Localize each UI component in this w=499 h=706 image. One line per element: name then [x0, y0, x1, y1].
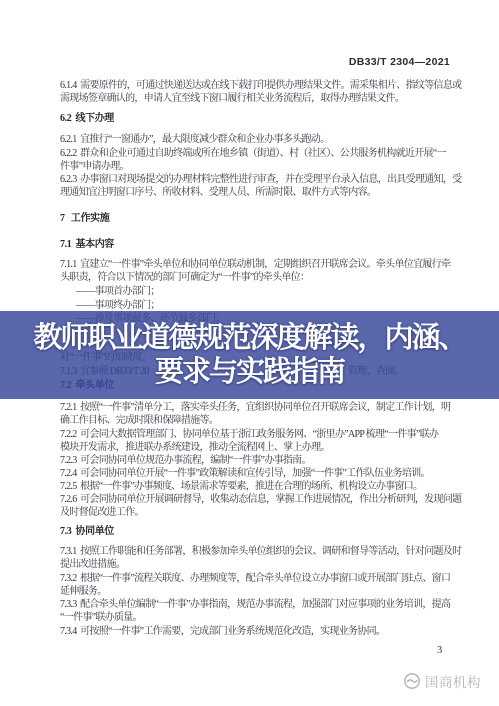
doc-line: 7.1 基本内容 — [60, 239, 114, 251]
watermark: 国商机构 — [403, 671, 481, 691]
doc-line: 确工作目标、完成时限和保障措施等。 — [60, 415, 218, 427]
doc-line: 7.2.3 可会同协同单位规范办事流程，编制“一件事”办事指南。 — [60, 455, 311, 467]
doc-line: 7.2.6 可会同协同单位开展调研督导，收集动态信息，掌握工作进展情况，作出分析… — [60, 494, 461, 506]
watermark-logo-icon — [403, 672, 421, 690]
doc-line: “一件事”联办质量。 — [60, 612, 142, 624]
standard-doc-code: DB33/T 2304—2021 — [349, 56, 450, 68]
doc-line: 7.3.4 可按照“一件事”工作需要，完成部门业务系统规范化改造，实现业务协同。 — [60, 626, 385, 638]
doc-line: 6.2 线下办理 — [60, 113, 114, 125]
watermark-text: 国商机构 — [425, 671, 481, 691]
doc-line: 7.2.1 按照“一件事”清单分工，落实牵头任务，宜组织协同单位召开联席会议，制… — [60, 402, 450, 414]
doc-line: 6.2.2 群众和企业可通过自助终端或所在地乡镇（街道）、村（社区）、公共服务机… — [60, 148, 446, 160]
doc-line: ——事项首办部门； — [76, 286, 160, 298]
article-cover-page: DB33/T 2304—2021 6.1.4 需要原件的，可通过快递送达或在线下… — [0, 0, 499, 706]
page-number: 3 — [437, 645, 442, 656]
doc-line: 提出改进措施。 — [60, 559, 125, 571]
doc-line: 6.2.1 宜推行“一窗通办”，最大限度减少群众和企业办事多头跑动。 — [60, 134, 329, 146]
doc-line: 7.3.1 按照工作职能和任务部署，积极参加牵头单位组织的会议、调研和督导等活动… — [60, 546, 461, 558]
doc-line: 7.2.5 根据“一件事”办事频度、场景需求等要素，推进在合理的场所、机构设立办… — [60, 481, 422, 493]
doc-line: 模块开发需求，推进联办系统建设，推动全流程网上、掌上办理。 — [60, 442, 330, 454]
doc-line: 及时督促改进工作。 — [60, 507, 144, 519]
doc-line: 6.1.4 需要原件的，可通过快递送达或在线下载打印提供办理结果文件。需采集相片… — [60, 80, 461, 92]
doc-line: 7.2.2 可会同大数据管理部门、协同单位基于浙江政务服务网、“浙里办”APP … — [60, 429, 438, 441]
doc-line: 头职责，符合以下情况的部门可确定为“一件事”的牵头单位： — [60, 272, 309, 284]
doc-line: 件事”申请办理。 — [60, 161, 129, 173]
page-title: 教师职业道德规范深度解读，内涵、 要求与实践指南 — [0, 322, 499, 389]
doc-line: 7.3.3 配合牵头单位编制“一件事”办事指南，规范办事流程，加强部门对应事项的… — [60, 599, 450, 611]
doc-line: 理通知宜注明窗口序号、所收材料、受理人员、所需时限、取件方式等内容。 — [60, 187, 376, 199]
doc-line: 7.3.2 根据“一件事”流程关联度、办理频度等，配合牵头单位设立办事窗口或开展… — [60, 573, 450, 585]
doc-line: 7.2.4 可会同协同单位开展“一件事”政策解读和宣传引导，加强“一件事”工作队… — [60, 468, 430, 480]
doc-line: 6.2.3 办事窗口对现场提交的办理材料完整性进行审查，并在受理平台录入信息，出… — [60, 174, 461, 186]
doc-line: 7.3 协同单位 — [60, 526, 114, 538]
doc-line: 延伸服务。 — [60, 586, 107, 598]
doc-line: 7 工作实施 — [60, 213, 109, 225]
page-title-line1: 教师职业道德规范深度解读，内涵、 — [0, 322, 499, 356]
page-title-line2: 要求与实践指南 — [0, 356, 499, 390]
doc-line: 需现场签章确认的，申请人宜至线下窗口履行相关业务流程后，取得办理结果文件。 — [60, 93, 404, 105]
doc-line: 7.1.1 宜建立“一件事”牵头单位和协同单位联动机制，定期组织召开联席会议。牵… — [60, 259, 450, 271]
